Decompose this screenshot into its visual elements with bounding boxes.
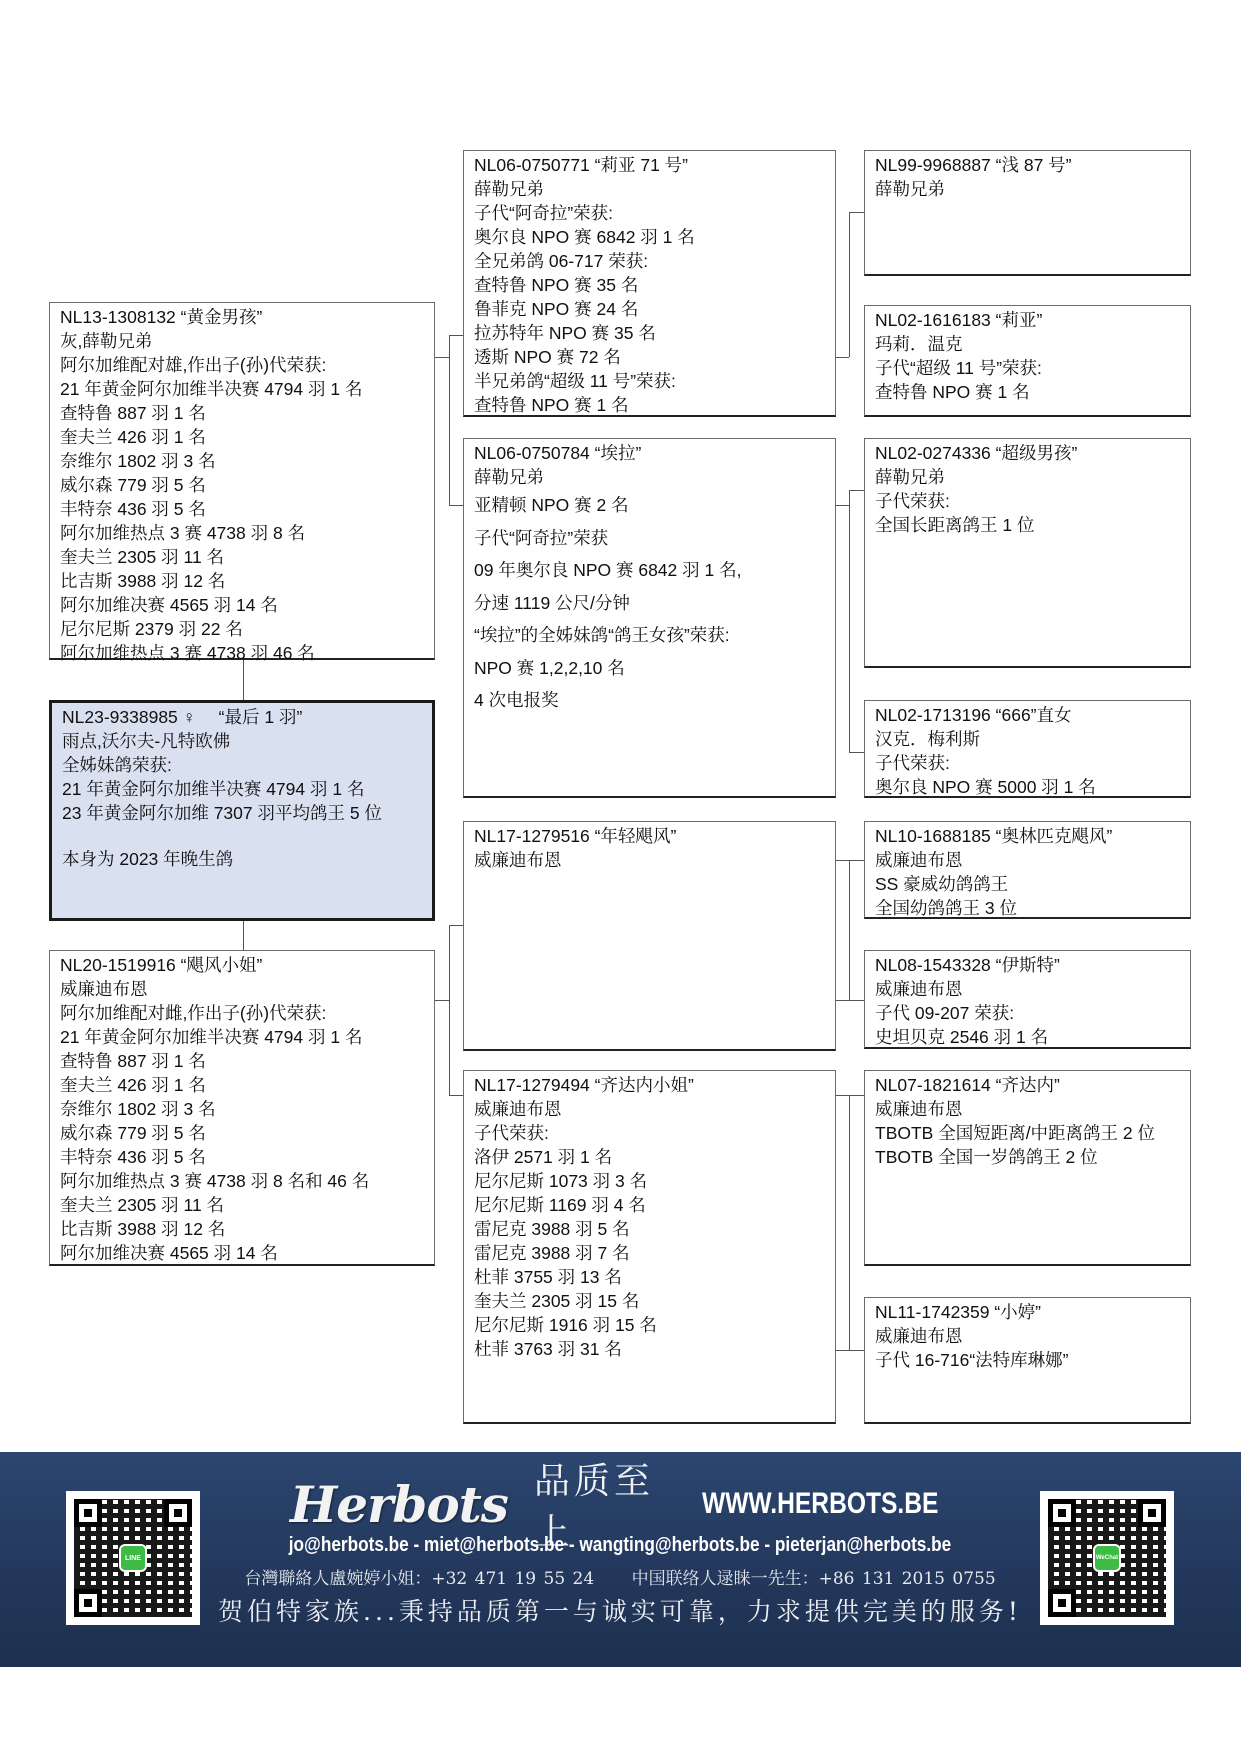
company-motto: 贺伯特家族...秉持品质第一与诚实可靠，力求提供完美的服务!: [200, 1592, 1040, 1628]
sire-line: 尼尔尼斯 2379 羽 22 名: [60, 617, 424, 641]
grandparent-card-3: NL17-1279516 “年轻飓风” 威廉迪布恩: [463, 821, 836, 1051]
gp4-line: 尼尔尼斯 1916 羽 15 名: [474, 1313, 825, 1337]
ggp4-breeder: 汉克．梅利斯: [875, 727, 1180, 751]
gp1-line: 查特鲁 NPO 赛 1 名: [474, 393, 825, 417]
ggp4-ring: NL02-1713196 “666”直女: [875, 703, 1180, 727]
sire-line: 奎夫兰 426 羽 1 名: [60, 425, 424, 449]
brand-row: Herbots 品质至上 WWW.HERBOTS.BE: [290, 1474, 990, 1534]
connector-ggp6: [835, 1000, 864, 1001]
ggp3-breeder: 薛勒兄弟: [875, 465, 1180, 489]
gp4-line: 尼尔尼斯 1169 羽 4 名: [474, 1193, 825, 1217]
dam-line: 威尔森 779 羽 5 名: [60, 1121, 424, 1145]
dam-line: 奎夫兰 2305 羽 11 名: [60, 1193, 424, 1217]
ggp5-ring: NL10-1688185 “奥林匹克飓风”: [875, 824, 1180, 848]
gp4-line: 尼尔尼斯 1073 羽 3 名: [474, 1169, 825, 1193]
connector-sire-subject: [243, 659, 244, 700]
sire-line: 奎夫兰 2305 羽 11 名: [60, 545, 424, 569]
website-link[interactable]: WWW.HERBOTS.BE: [702, 1487, 938, 1521]
gp1-line: 全兄弟鸽 06-717 荣获:: [474, 249, 825, 273]
gp1-line: 半兄弟鸽“超级 11 号”荣获:: [474, 369, 825, 393]
ggp5-breeder: 威廉迪布恩: [875, 848, 1180, 872]
gp1-line: 鲁菲克 NPO 赛 24 名: [474, 297, 825, 321]
gp1-ring: NL06-0750771 “莉亚 71 号”: [474, 153, 825, 177]
connector-sire-gp-v: [449, 335, 450, 505]
gp1-line: 拉苏特年 NPO 赛 35 名: [474, 321, 825, 345]
gp4-breeder: 威廉迪布恩: [474, 1097, 825, 1121]
gp1-line: 透斯 NPO 赛 72 名: [474, 345, 825, 369]
email-list[interactable]: jo@herbots.be - miet@herbots.be - wangti…: [259, 1534, 981, 1557]
grandparent-card-2: NL06-0750784 “埃拉” 薛勒兄弟 亚精顿 NPO 赛 2 名 子代“…: [463, 438, 836, 798]
ggp7-line: TBOTB 全国短距离/中距离鸽王 2 位: [875, 1121, 1180, 1145]
dam-breeder: 威廉迪布恩: [60, 977, 424, 1001]
gp4-line: 杜菲 3763 羽 31 名: [474, 1337, 825, 1361]
sire-line: 阿尔加维配对雄,作出子(孙)代荣获:: [60, 353, 424, 377]
connector-dam-gp: [434, 1000, 449, 1001]
sire-line: 查特鲁 887 羽 1 名: [60, 401, 424, 425]
gp4-line: 奎夫兰 2305 羽 15 名: [474, 1289, 825, 1313]
ggp7-line: TBOTB 全国一岁鸽鸽王 2 位: [875, 1145, 1180, 1169]
sire-line: 丰特奈 436 羽 5 名: [60, 497, 424, 521]
sire-line: 比吉斯 3988 羽 12 名: [60, 569, 424, 593]
qr-code-wechat[interactable]: WeChat: [1040, 1491, 1174, 1625]
great-grandparent-card-7: NL07-1821614 “齐达内” 威廉迪布恩 TBOTB 全国短距离/中距离…: [864, 1070, 1191, 1266]
ggp8-line: 子代 16-716“法特库琳娜”: [875, 1348, 1180, 1372]
qr-finder-icon: [1138, 1499, 1166, 1527]
dam-line: 阿尔加维决赛 4565 羽 14 名: [60, 1241, 424, 1265]
great-grandparent-card-3: NL02-0274336 “超级男孩” 薛勒兄弟 子代荣获: 全国长距离鸽王 1…: [864, 438, 1191, 668]
qr-finder-icon: [1048, 1589, 1076, 1617]
gp4-ring: NL17-1279494 “齐达内小姐”: [474, 1073, 825, 1097]
ggp5-line: SS 豪威幼鸽鸽王: [875, 872, 1180, 896]
gp2-ring: NL06-0750784 “埃拉”: [474, 441, 825, 465]
sire-line: 阿尔加维热点 3 赛 4738 羽 8 名: [60, 521, 424, 545]
great-grandparent-card-5: NL10-1688185 “奥林匹克飓风” 威廉迪布恩 SS 豪威幼鸽鸽王 全国…: [864, 821, 1191, 919]
connector-ggp7: [835, 1095, 864, 1096]
gp4-line: 洛伊 2571 羽 1 名: [474, 1145, 825, 1169]
gp2-line: 分速 1119 公尺/分钟: [474, 587, 825, 620]
dam-line: 阿尔加维热点 3 赛 4738 羽 8 名和 46 名: [60, 1169, 424, 1193]
qr-finder-icon: [74, 1499, 102, 1527]
dam-line: 奎夫兰 426 羽 1 名: [60, 1073, 424, 1097]
line-app-icon: LINE: [119, 1544, 147, 1572]
gp4-line: 雷尼克 3988 羽 5 名: [474, 1217, 825, 1241]
ggp2-ring: NL02-1616183 “莉亚”: [875, 308, 1180, 332]
ggp8-ring: NL11-1742359 “小婷”: [875, 1300, 1180, 1324]
great-grandparent-card-4: NL02-1713196 “666”直女 汉克．梅利斯 子代荣获: 奥尔良 NP…: [864, 700, 1191, 798]
ggp6-ring: NL08-1543328 “伊斯特”: [875, 953, 1180, 977]
gp3-ring: NL17-1279516 “年轻飓风”: [474, 824, 825, 848]
connector-sire-gp: [434, 357, 449, 358]
qr-code-line[interactable]: LINE: [66, 1491, 200, 1625]
gp1-line: 子代“阿奇拉”荣获:: [474, 201, 825, 225]
connector-ggp5: [835, 860, 864, 861]
connector-ggp3: [849, 490, 864, 491]
dam-line: 奈维尔 1802 羽 3 名: [60, 1097, 424, 1121]
connector-ggp1: [849, 212, 864, 213]
sire-line: 阿尔加维决赛 4565 羽 14 名: [60, 593, 424, 617]
subject-line: 21 年黄金阿尔加维半决赛 4794 羽 1 名: [62, 777, 422, 801]
footer-banner: LINE Herbots 品质至上 WWW.HERBOTS.BE jo@herb…: [0, 1452, 1241, 1667]
ggp3-line: 全国长距离鸽王 1 位: [875, 513, 1180, 537]
herbots-logo: Herbots: [290, 1475, 508, 1534]
ggp7-ring: NL07-1821614 “齐达内”: [875, 1073, 1180, 1097]
subject-line: 雨点,沃尔夫-凡特欧佛: [62, 729, 422, 753]
subject-name: “最后 1 羽”: [219, 707, 303, 727]
ggp8-breeder: 威廉迪布恩: [875, 1324, 1180, 1348]
dam-line: 21 年黄金阿尔加维半决赛 4794 羽 1 名: [60, 1025, 424, 1049]
connector-gp2-ggp-v: [849, 490, 850, 752]
ggp1-ring: NL99-9968887 “浅 87 号”: [875, 153, 1180, 177]
ggp6-line: 史坦贝克 2546 羽 1 名: [875, 1025, 1180, 1049]
subject-line: 本身为 2023 年晚生鸽: [62, 847, 422, 871]
gp2-line: 亚精顿 NPO 赛 2 名: [474, 489, 825, 522]
subject-ring: NL23-9338985 ♀: [62, 707, 196, 727]
connector-gp1-ggp-v: [849, 212, 850, 357]
gp1-line: 奥尔良 NPO 赛 6842 羽 1 名: [474, 225, 825, 249]
connector-gp3-ggp-v: [849, 860, 850, 1000]
subject-card: NL23-9338985 ♀ “最后 1 羽” 雨点,沃尔夫-凡特欧佛 全姊妹鸽…: [49, 700, 435, 921]
great-grandparent-card-2: NL02-1616183 “莉亚” 玛莉．温克 子代“超级 11 号”荣获: 查…: [864, 305, 1191, 417]
contact-phones: 台灣聯絡人盧婉婷小姐：+32 471 19 55 24 中国联络人逯睐一先生：+…: [200, 1564, 1040, 1589]
dam-line: 比吉斯 3988 羽 12 名: [60, 1217, 424, 1241]
ggp4-line: 奥尔良 NPO 赛 5000 羽 1 名: [875, 775, 1180, 799]
qr-finder-icon: [74, 1589, 102, 1617]
connector-gp3: [449, 925, 463, 926]
contact-taiwan: 台灣聯絡人盧婉婷小姐：+32 471 19 55 24: [244, 1569, 594, 1589]
subject-header: NL23-9338985 ♀ “最后 1 羽”: [62, 705, 422, 729]
great-grandparent-card-1: NL99-9968887 “浅 87 号” 薛勒兄弟: [864, 150, 1191, 276]
connector-subject-dam: [243, 920, 244, 950]
grandparent-card-1: NL06-0750771 “莉亚 71 号” 薛勒兄弟 子代“阿奇拉”荣获: 奥…: [463, 150, 836, 417]
gp2-line: NPO 赛 1,2,2,10 名: [474, 652, 825, 685]
sire-line: 奈维尔 1802 羽 3 名: [60, 449, 424, 473]
gp2-line: 09 年奥尔良 NPO 赛 6842 羽 1 名,: [474, 554, 825, 587]
subject-spacer: [62, 825, 422, 847]
subject-line: 23 年黄金阿尔加维 7307 羽平均鸽王 5 位: [62, 801, 422, 825]
qr-finder-icon: [1048, 1499, 1076, 1527]
sire-breeder: 灰,薛勒兄弟: [60, 329, 424, 353]
ggp2-line: 子代“超级 11 号”荣获:: [875, 356, 1180, 380]
gp2-breeder: 薛勒兄弟: [474, 465, 825, 489]
sire-line: 威尔森 779 羽 5 名: [60, 473, 424, 497]
connector-ggp4: [849, 752, 864, 753]
gp4-line: 杜菲 3755 羽 13 名: [474, 1265, 825, 1289]
qr-finder-icon: [164, 1499, 192, 1527]
ggp3-ring: NL02-0274336 “超级男孩”: [875, 441, 1180, 465]
sire-ring: NL13-1308132 “黄金男孩”: [60, 305, 424, 329]
gp1-breeder: 薛勒兄弟: [474, 177, 825, 201]
ggp3-line: 子代荣获:: [875, 489, 1180, 513]
dam-card: NL20-1519916 “飓风小姐” 威廉迪布恩 阿尔加维配对雌,作出子(孙)…: [49, 950, 435, 1266]
connector-gp2-ggp: [835, 505, 849, 506]
gp4-line: 雷尼克 3988 羽 7 名: [474, 1241, 825, 1265]
gp2-line: 4 次电报奖: [474, 684, 825, 717]
gp4-line: 子代荣获:: [474, 1121, 825, 1145]
dam-line: 查特鲁 887 羽 1 名: [60, 1049, 424, 1073]
connector-gp1-ggp: [835, 357, 849, 358]
connector-gp2: [449, 505, 463, 506]
ggp5-line: 全国幼鸽鸽王 3 位: [875, 896, 1180, 920]
connector-gp1: [449, 335, 463, 336]
dam-line: 丰特奈 436 羽 5 名: [60, 1145, 424, 1169]
connector-ggp8: [835, 1350, 864, 1351]
wechat-icon: WeChat: [1093, 1544, 1121, 1572]
connector-gp4: [449, 1095, 463, 1096]
connector-dam-gp-v: [449, 925, 450, 1095]
contact-china: 中国联络人逯睐一先生：+86 131 2015 0755: [632, 1569, 996, 1589]
subject-line: 全姊妹鸽荣获:: [62, 753, 422, 777]
ggp4-line: 子代荣获:: [875, 751, 1180, 775]
great-grandparent-card-8: NL11-1742359 “小婷” 威廉迪布恩 子代 16-716“法特库琳娜”: [864, 1297, 1191, 1424]
sire-card: NL13-1308132 “黄金男孩” 灰,薛勒兄弟 阿尔加维配对雄,作出子(孙…: [49, 302, 435, 660]
ggp6-line: 子代 09-207 荣获:: [875, 1001, 1180, 1025]
ggp1-breeder: 薛勒兄弟: [875, 177, 1180, 201]
connector-gp4-ggp-v: [849, 1095, 850, 1350]
grandparent-card-4: NL17-1279494 “齐达内小姐” 威廉迪布恩 子代荣获: 洛伊 2571…: [463, 1070, 836, 1424]
ggp2-breeder: 玛莉．温克: [875, 332, 1180, 356]
gp3-breeder: 威廉迪布恩: [474, 848, 825, 872]
dam-ring: NL20-1519916 “飓风小姐”: [60, 953, 424, 977]
sire-line: 21 年黄金阿尔加维半决赛 4794 羽 1 名: [60, 377, 424, 401]
gp1-line: 查特鲁 NPO 赛 35 名: [474, 273, 825, 297]
dam-line: 阿尔加维配对雌,作出子(孙)代荣获:: [60, 1001, 424, 1025]
sire-line: 阿尔加维热点 3 赛 4738 羽 46 名: [60, 641, 424, 665]
ggp6-breeder: 威廉迪布恩: [875, 977, 1180, 1001]
great-grandparent-card-6: NL08-1543328 “伊斯特” 威廉迪布恩 子代 09-207 荣获: 史…: [864, 950, 1191, 1049]
ggp2-line: 查特鲁 NPO 赛 1 名: [875, 380, 1180, 404]
gp2-line: 子代“阿奇拉”荣获: [474, 522, 825, 555]
gp2-line: “埃拉”的全姊妹鸽“鸽王女孩”荣获:: [474, 619, 825, 652]
ggp7-breeder: 威廉迪布恩: [875, 1097, 1180, 1121]
